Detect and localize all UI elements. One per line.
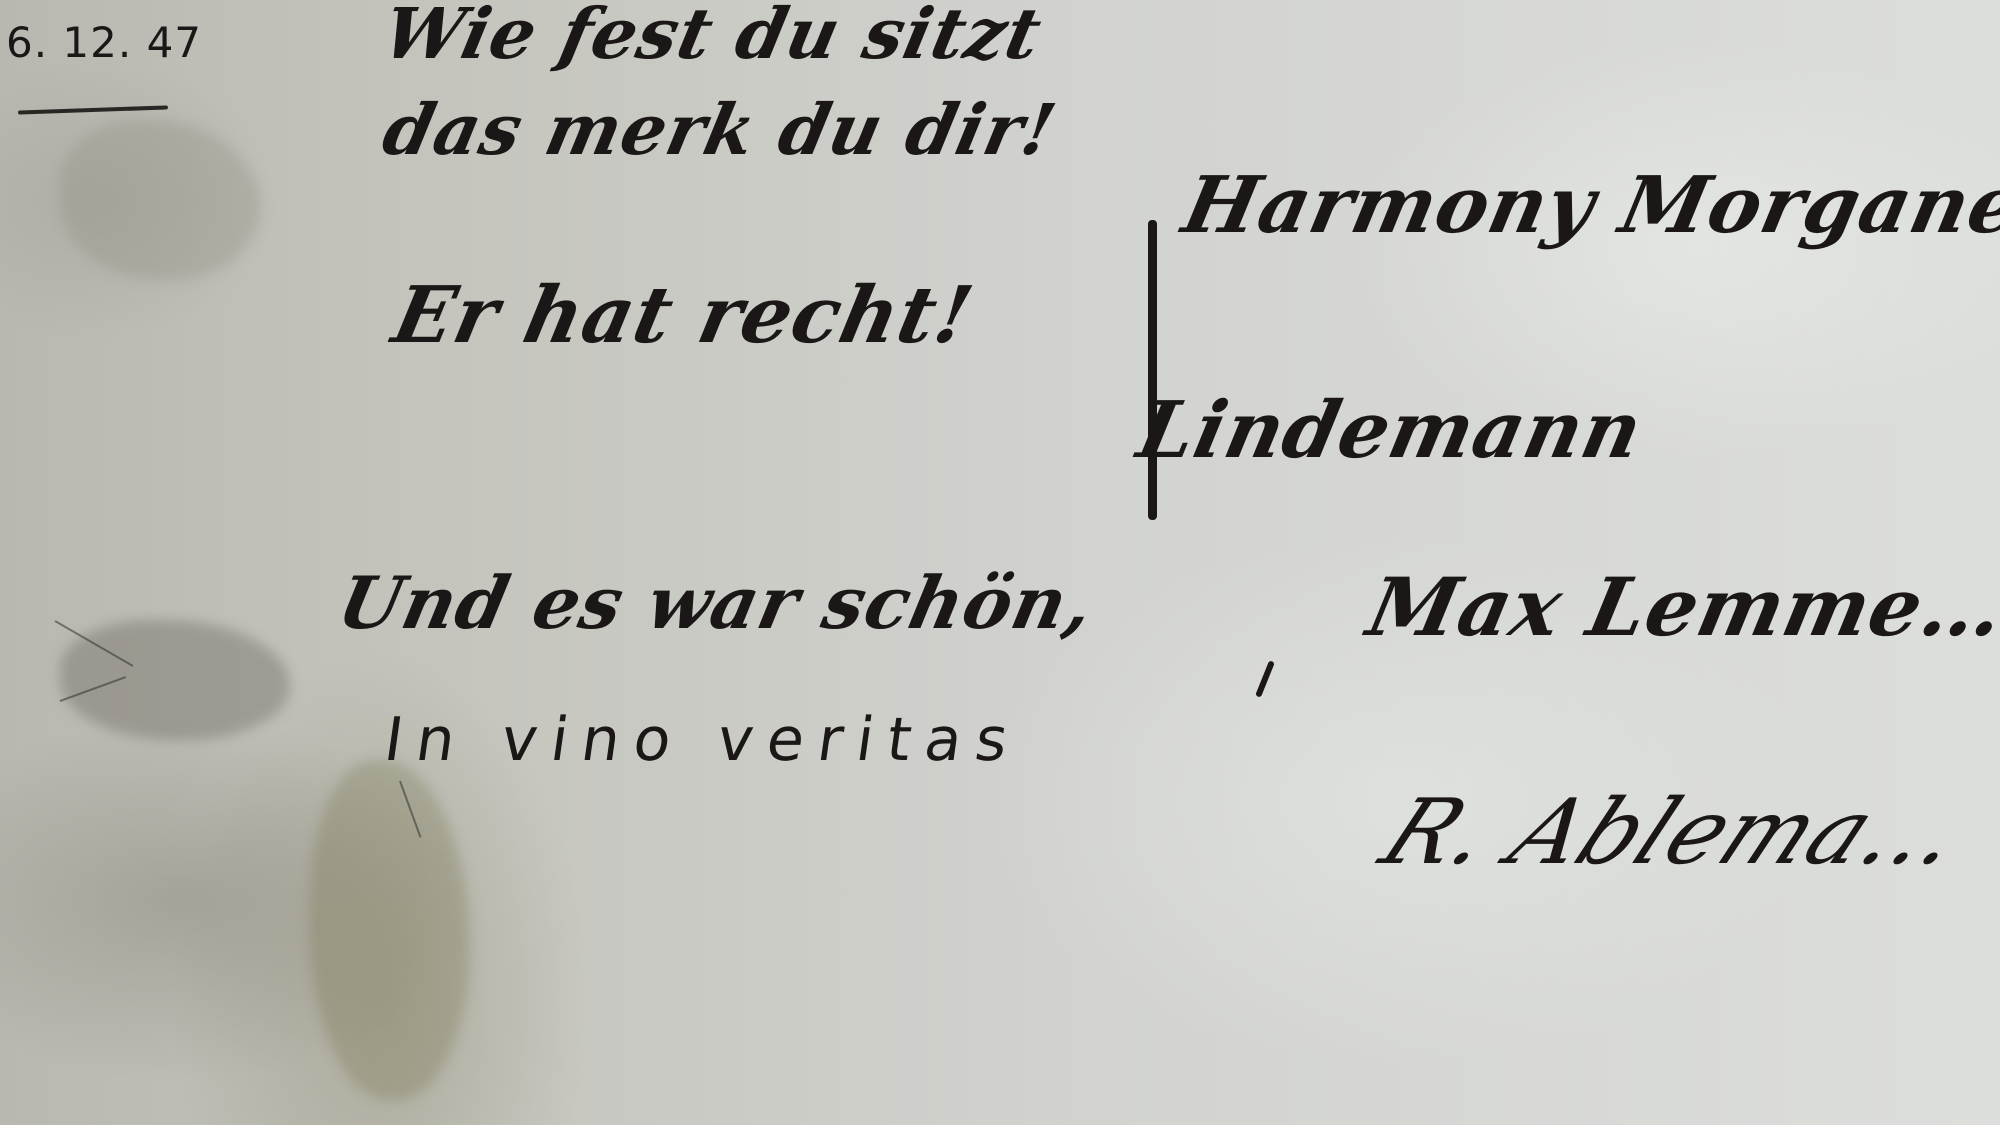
entry-2-line-1: Er hat recht! bbox=[385, 270, 981, 361]
entry-6-signature: R. Ablema… bbox=[1366, 780, 1984, 885]
entry-5-line-1: In vino veritas bbox=[380, 705, 1026, 775]
entry-1-line-2: das merk du dir! bbox=[376, 88, 1063, 171]
entry-date: 6. 12. 47 bbox=[6, 18, 202, 67]
entry-1-line-1: Wie fest du sitzt bbox=[376, 0, 1049, 75]
entry-4-line-1: Und es war schön, bbox=[331, 560, 1102, 645]
entry-4-signature: Max Lemme… bbox=[1360, 560, 2000, 654]
entry-3-line-1: Harmony Morgane De… bbox=[1175, 160, 2000, 251]
entry-3-signature: Lindemann bbox=[1130, 385, 1650, 476]
